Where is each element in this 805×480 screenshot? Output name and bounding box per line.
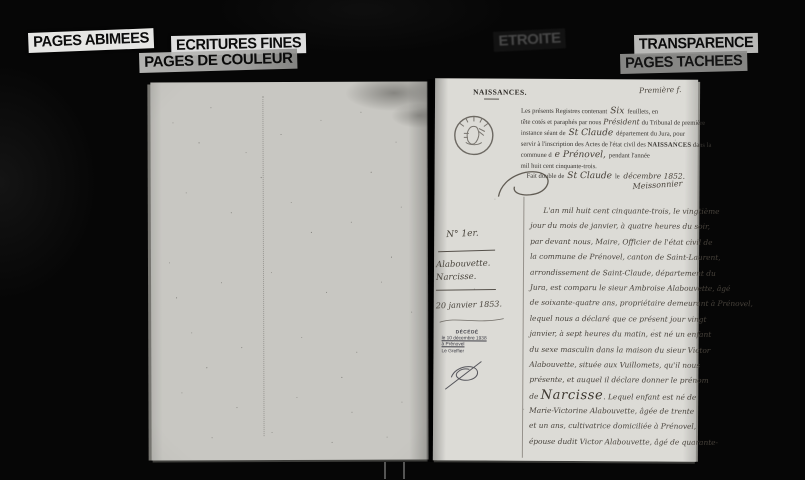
act-line: lequel nous a déclaré que ce présent jou… bbox=[530, 311, 697, 327]
act-text: . Lequel enfant est né de bbox=[603, 392, 696, 402]
act-line: jour du mois de janvier, à quatre heures… bbox=[530, 218, 697, 234]
handwritten-fill-six: Six bbox=[610, 106, 624, 116]
print-naissances-bold: NAISSANCES bbox=[647, 141, 691, 148]
print-text: pendant l'année bbox=[609, 152, 650, 159]
book-cradle-mark bbox=[403, 462, 405, 479]
margin-divider-rule bbox=[522, 197, 525, 458]
margin-underline bbox=[436, 289, 496, 291]
act-line: arrondissement de Saint-Claude, départem… bbox=[530, 264, 697, 280]
paper-speckles-dark bbox=[150, 82, 151, 83]
margin-date-swash bbox=[438, 314, 508, 326]
act-line: janvier, à sept heures du matin, est né … bbox=[530, 326, 697, 342]
label-etroite-faint: ETROITE bbox=[493, 28, 566, 52]
act-number: N° 1er. bbox=[446, 229, 479, 240]
handwritten-fill-stclaude2: St Claude bbox=[567, 171, 612, 181]
paper-speckles bbox=[435, 78, 436, 79]
act-line: par devant nous, Maire, Officier de l'ét… bbox=[530, 234, 697, 250]
deces-marginal-stamp: DÉCÉDÉ le 10 décembre 1938 à Prénovel Le… bbox=[441, 330, 515, 355]
act-line: de soixante-quatre ans, propriétaire dem… bbox=[530, 295, 697, 311]
act-line: du sexe masculin dans la maison du sieur… bbox=[529, 341, 696, 357]
book-cradle-mark bbox=[384, 462, 386, 479]
child-name-narcisse: Narcisse bbox=[541, 388, 604, 403]
print-text: du Tribunal de première bbox=[642, 119, 706, 126]
act-line-child-name: de Narcisse. Lequel enfant est né de bbox=[529, 387, 696, 403]
act-line: Marie-Victorine Alabouvette, âgée de tre… bbox=[529, 403, 696, 419]
print-text: Les présents Registres contenant bbox=[521, 108, 607, 116]
label-pages-tachees: PAGES TACHEES bbox=[620, 51, 747, 74]
print-text: feuillets, en bbox=[627, 108, 658, 115]
tribunal-seal-stamp bbox=[452, 111, 496, 157]
print-text: commune d bbox=[521, 152, 552, 159]
margin-act-date: 20 janvier 1853. bbox=[436, 299, 502, 310]
print-text: le bbox=[615, 173, 620, 180]
page-fold-line bbox=[262, 96, 264, 436]
paraph-signature-flourish bbox=[492, 165, 556, 207]
microfilm-scan-frame: PAGES ABIMEES ECRITURES FINES PAGES DE C… bbox=[0, 0, 805, 480]
birth-act-text: L'an mil huit cent cinquante-trois, le v… bbox=[529, 203, 698, 450]
print-text: instance séant de bbox=[521, 130, 566, 137]
print-text: dans la bbox=[693, 142, 712, 149]
president-signature: Meissonnier bbox=[632, 179, 682, 191]
folio-annotation: Première f. bbox=[639, 85, 682, 95]
margin-surname: Alabouvette. bbox=[436, 259, 491, 271]
label-pages-de-couleur: PAGES DE COULEUR bbox=[139, 49, 298, 73]
print-text: département du Jura, pour bbox=[616, 130, 685, 137]
act-line: Alabouvette, située aux Vuillomets, qu'i… bbox=[529, 357, 696, 373]
act-line: et un ans, cultivatrice domiciliée à Pré… bbox=[529, 418, 696, 434]
title-rule bbox=[484, 98, 499, 99]
handwritten-fill-president: Président bbox=[603, 117, 639, 126]
act-line: L'an mil huit cent cinquante-trois, le v… bbox=[530, 203, 697, 219]
page-title-naissances: NAISSANCES. bbox=[473, 87, 527, 96]
margin-underline bbox=[438, 250, 495, 253]
handwritten-fill-stclaude: St Claude bbox=[568, 128, 613, 138]
handwritten-fill-commune: e Prénovel, bbox=[555, 150, 606, 160]
margin-firstname: Narcisse. bbox=[436, 272, 477, 283]
act-line: Jura, est comparu le sieur Ambroise Alab… bbox=[530, 280, 697, 296]
label-pages-abimees: PAGES ABIMEES bbox=[28, 28, 154, 53]
print-text: tête cotés et paraphés par nous bbox=[521, 119, 601, 126]
act-line: la commune de Prénovel, canton de Saint-… bbox=[530, 249, 697, 265]
act-line: présente, et auquel il déclare donner le… bbox=[529, 372, 696, 388]
register-left-blank-page bbox=[150, 82, 428, 461]
act-text: de bbox=[529, 391, 541, 400]
register-opening-formula: Les présents Registres contenantSixfeuil… bbox=[521, 106, 695, 173]
stamp-greffier-line: Le Greffier bbox=[441, 349, 515, 356]
print-text: servir à l'inscription des Actes de l'ét… bbox=[521, 141, 646, 149]
greffier-signature-flourish bbox=[441, 357, 489, 391]
register-right-page: NAISSANCES. Première f. Les présents Reg… bbox=[433, 78, 698, 462]
act-line: épouse dudit Victor Alabouvette, âgé de … bbox=[529, 434, 696, 450]
